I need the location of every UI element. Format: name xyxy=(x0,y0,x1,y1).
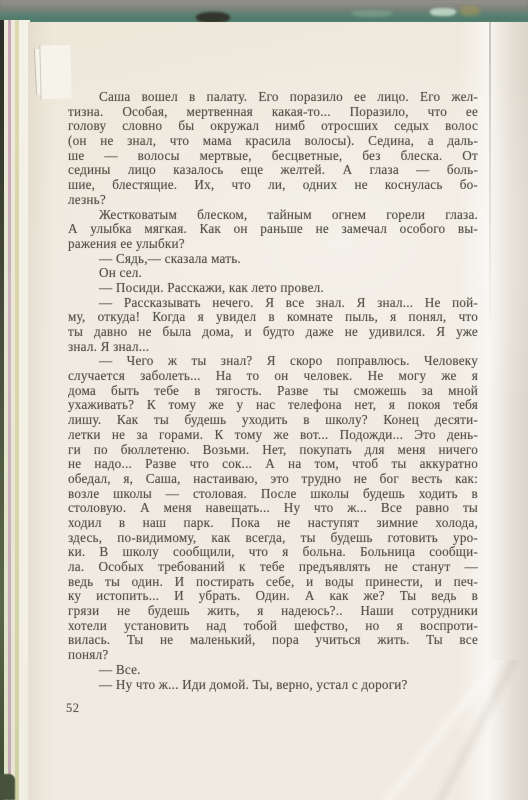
text-line: тизна. Особая, мертвенная какая-то... По… xyxy=(68,105,478,120)
text-line: (он не знал, что мама красила волосы). С… xyxy=(68,134,478,149)
underlying-page-corner xyxy=(40,45,71,100)
text-line: не надо... Разве что сок... А на том, чт… xyxy=(68,457,478,472)
text-line: седины лицо казалось еще желтей. А глаза… xyxy=(68,163,478,178)
text-line: столовую. А меня навещать... Ну что ж...… xyxy=(68,501,478,516)
background-speck xyxy=(352,10,392,17)
text-line: шие, блестящие. Их, что ли, одних не кос… xyxy=(68,178,478,193)
text-line: понял? xyxy=(68,648,478,663)
text-line: летки не за горами. К тому же вот... Под… xyxy=(68,428,478,443)
text-line: Саша вошел в палату. Его поразило ее лиц… xyxy=(68,90,478,105)
background-speck xyxy=(430,8,456,16)
text-line: — Ну что ж... Иди домой. Ты, верно, уста… xyxy=(68,678,478,693)
page-text: Саша вошел в палату. Его поразило ее лиц… xyxy=(68,90,478,692)
text-line: голову словно бы окружал нимб отросших с… xyxy=(68,119,478,134)
text-line: возле школы — столовая. После школы буде… xyxy=(68,487,478,502)
text-line: Он сел. xyxy=(68,266,478,281)
text-line: — Все. xyxy=(68,663,478,678)
text-line: ки. В школу сообщили, что я больна. Боль… xyxy=(68,545,478,560)
text-line: ухаживать? К тому же у нас телефона нет,… xyxy=(68,398,478,413)
text-line: — Посиди. Расскажи, как лето провел. xyxy=(68,281,478,296)
text-line: хотели установить над тобой шефство, но … xyxy=(68,619,478,634)
text-line: лезнь? xyxy=(68,193,478,208)
text-line: Жестковатым блеском, тайным огнем горели… xyxy=(68,208,478,223)
text-line: — Сядь,— сказала мать. xyxy=(68,252,478,267)
page-number: 52 xyxy=(66,701,80,716)
text-line: ги по бюллетеню. Возьми. Нет, покупать д… xyxy=(68,443,478,458)
text-line: ла. Особых требований к тебе предъявлять… xyxy=(68,560,478,575)
text-line: знал. Я знал... xyxy=(68,340,478,355)
text-line: случается заболеть... На то он человек. … xyxy=(68,369,478,384)
fore-edge-page-stack xyxy=(0,20,30,800)
text-line: грязи не будешь жить, я надеюсь?.. Наши … xyxy=(68,604,478,619)
background-speck xyxy=(460,6,480,16)
book-photo: Саша вошел в палату. Его поразило ее лиц… xyxy=(0,0,528,800)
page-edge-bottom-shadow xyxy=(0,774,15,800)
text-line: вилась. Ты не маленький, пора учиться жи… xyxy=(68,633,478,648)
text-line: здесь, по-видимому, как всегда, ты будеш… xyxy=(68,531,478,546)
text-line: — Чего ж ты знал? Я скоро поправлюсь. Че… xyxy=(68,354,478,369)
text-line: ку истопить... И убрать. Один. А как же?… xyxy=(68,589,478,604)
text-line: — Рассказывать нечего. Я все знал. Я зна… xyxy=(68,296,478,311)
text-line: дома быть тебе в тягость. Разве ты сможе… xyxy=(68,384,478,399)
text-line: ше — волосы мертвые, бесцветные, без бле… xyxy=(68,149,478,164)
text-line: ражения ее улыбки? xyxy=(68,237,478,252)
text-line: ходил в наш парк. Пока не наступят зимни… xyxy=(68,516,478,531)
text-line: ты давно не была дома, и будто даже не у… xyxy=(68,325,478,340)
text-line: лишу. Как ты будешь уходить в школу? Кон… xyxy=(68,413,478,428)
text-line: А улыбка мягкая. Как он раньше не замеча… xyxy=(68,222,478,237)
text-line: му, откуда! Когда я увидел в комнате пыл… xyxy=(68,310,478,325)
background-band xyxy=(0,0,528,23)
page-fold-line xyxy=(489,22,491,342)
text-line: ведь ты один. И постирать себе, и воды п… xyxy=(68,575,478,590)
text-line: обедал, я, Саша, настаиваю, это трудно н… xyxy=(68,472,478,487)
